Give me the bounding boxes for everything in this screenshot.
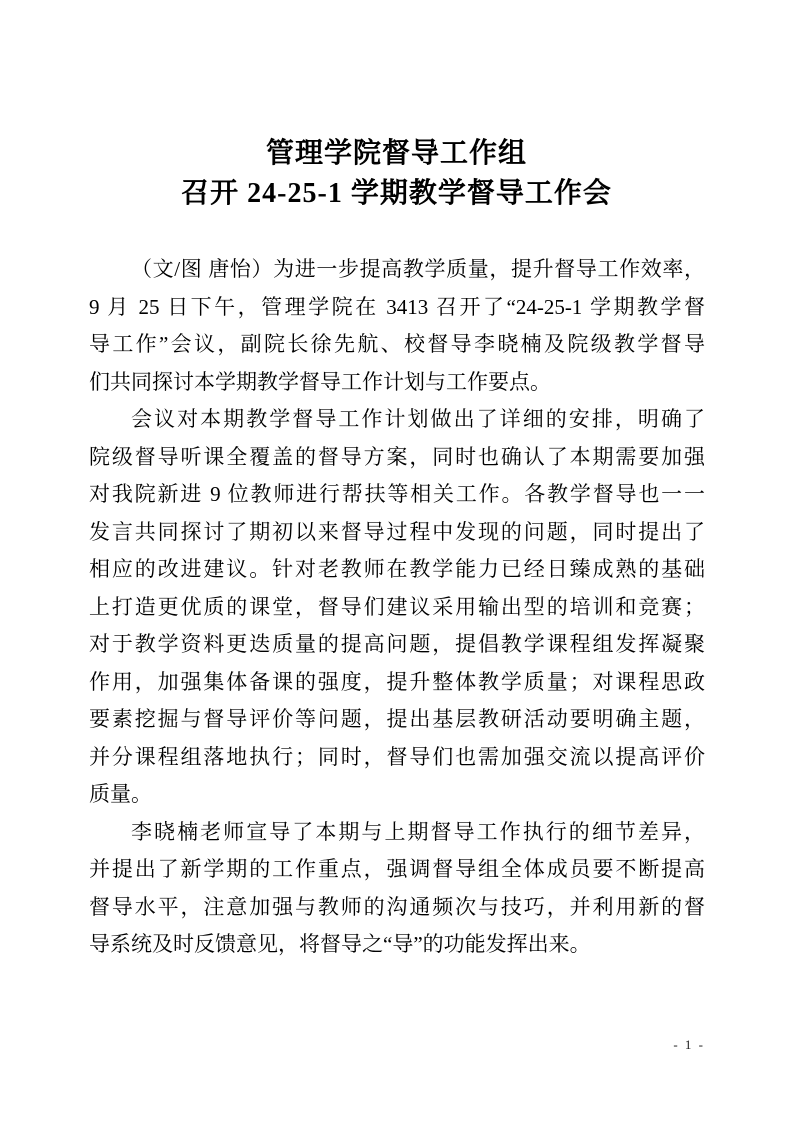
text-line: 相应的改进建议。针对老教师在教学能力已经日臻成熟的基础: [89, 551, 705, 589]
text-line: 作用，加强集体备课的强度，提升整体教学质量；对课程思政: [89, 664, 705, 702]
text-line: 督导水平，注意加强与教师的沟通频次与技巧，并利用新的督: [89, 889, 705, 927]
text-line: 发言共同探讨了期初以来督导过程中发现的问题，同时提出了: [89, 514, 705, 552]
document-title: 管理学院督导工作组 召开 24-25-1 学期教学督导工作会: [0, 134, 793, 214]
paragraph-2: 会议对本期教学督导工作计划做出了详细的安排，明确了 院级督导听课全覆盖的督导方案…: [89, 401, 705, 814]
text-line: 并提出了新学期的工作重点，强调督导组全体成员要不断提高: [89, 851, 705, 889]
text-line: （文/图 唐怡）为进一步提高教学质量，提升督导工作效率，: [89, 251, 705, 289]
text-line: 导系统及时反馈意见，将督导之“导”的功能发挥出来。: [89, 926, 705, 964]
title-line-1: 管理学院督导工作组: [0, 134, 793, 174]
paragraph-1: （文/图 唐怡）为进一步提高教学质量，提升督导工作效率， 9 月 25 日下午，…: [89, 251, 705, 401]
document-body: （文/图 唐怡）为进一步提高教学质量，提升督导工作效率， 9 月 25 日下午，…: [89, 251, 705, 964]
text-line: 对我院新进 9 位教师进行帮扶等相关工作。各教学督导也一一: [89, 476, 705, 514]
page-number: - 1 -: [0, 1036, 705, 1054]
paragraph-3: 李晓楠老师宣导了本期与上期督导工作执行的细节差异， 并提出了新学期的工作重点，强…: [89, 814, 705, 964]
text-line: 李晓楠老师宣导了本期与上期督导工作执行的细节差异，: [89, 814, 705, 852]
text-line: 们共同探讨本学期教学督导工作计划与工作要点。: [89, 364, 705, 402]
text-line: 并分课程组落地执行；同时，督导们也需加强交流以提高评价: [89, 739, 705, 777]
title-line-2: 召开 24-25-1 学期教学督导工作会: [0, 174, 793, 214]
document-page: 管理学院督导工作组 召开 24-25-1 学期教学督导工作会 （文/图 唐怡）为…: [0, 0, 793, 1122]
text-line: 对于教学资料更迭质量的提高问题，提倡教学课程组发挥凝聚: [89, 626, 705, 664]
text-line: 上打造更优质的课堂，督导们建议采用输出型的培训和竞赛；: [89, 589, 705, 627]
text-line: 导工作”会议，副院长徐先航、校督导李晓楠及院级教学督导: [89, 326, 705, 364]
text-line: 质量。: [89, 776, 705, 814]
text-line: 要素挖掘与督导评价等问题，提出基层教研活动要明确主题，: [89, 701, 705, 739]
text-line: 会议对本期教学督导工作计划做出了详细的安排，明确了: [89, 401, 705, 439]
text-line: 院级督导听课全覆盖的督导方案，同时也确认了本期需要加强: [89, 439, 705, 477]
text-line: 9 月 25 日下午，管理学院在 3413 召开了“24-25-1 学期教学督: [89, 289, 705, 327]
